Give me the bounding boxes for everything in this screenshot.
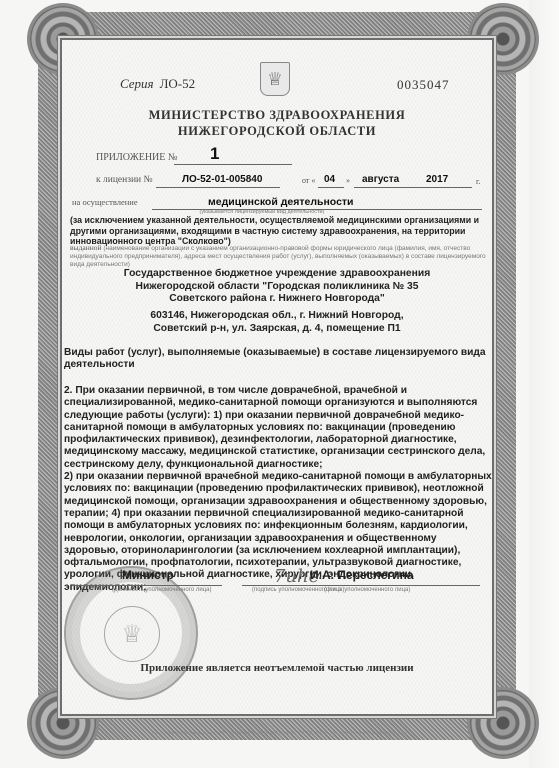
address-line: 603146, Нижегородская обл., г. Нижний Но…: [62, 310, 492, 323]
date-day: 04: [324, 174, 335, 185]
date-year: 2017: [426, 174, 448, 185]
activity-value: медицинской деятельности: [208, 196, 354, 208]
works-list: 2. При оказании первичной, в том числе д…: [64, 385, 492, 594]
activity-label: на осуществление: [72, 197, 138, 207]
organization-line: Советского района г. Нижнего Новгорода": [62, 293, 492, 306]
scanned-page: СерияЛО-52 ♕ 0035047 МИНИСТЕРСТВО ЗДРАВО…: [0, 0, 559, 768]
ministry-title: МИНИСТЕРСТВО ЗДРАВООХРАНЕНИЯ НИЖЕГОРОДСК…: [62, 107, 492, 139]
activity-exclusion: (за исключением указанной деятельности, …: [70, 215, 480, 247]
date-close-quote: »: [346, 176, 350, 185]
works-heading: Виды работ (услуг), выполняемые (оказыва…: [64, 347, 492, 372]
underline: [354, 187, 472, 188]
underline: [72, 585, 222, 586]
address-line: Советский р-н, ул. Заярская, д. 4, помещ…: [62, 323, 492, 336]
date-month: августа: [362, 174, 399, 185]
organization-line: Нижегородской области "Городская поликли…: [62, 281, 492, 294]
date-suffix: г.: [476, 177, 480, 186]
signatory-position: Министр: [122, 568, 174, 582]
scan-margin: [529, 0, 559, 768]
issued-caption-block: выданной (наименование организации с ука…: [70, 244, 488, 269]
stamp-emblem-icon: ♕: [104, 606, 160, 662]
underline: [174, 164, 292, 165]
organization-name: Государственное бюджетное учреждение здр…: [62, 268, 492, 306]
underline: [308, 585, 480, 586]
issued-label: выданной: [70, 243, 102, 252]
blank-number: 0035047: [397, 77, 450, 93]
organization-address: 603146, Нижегородская обл., г. Нижний Но…: [62, 310, 492, 335]
signatory-name-caption: (ф.и.о. уполномоченного лица): [324, 587, 410, 593]
footer-note: Приложение является неотъемлемой частью …: [62, 662, 492, 674]
series-value: ЛО-52: [160, 76, 196, 91]
signatory-name: И.А. Переслегина: [310, 568, 414, 582]
series: СерияЛО-52: [120, 76, 195, 92]
appendix-number: 1: [210, 144, 219, 164]
issued-caption: (наименование организации с указанием ор…: [70, 245, 486, 268]
signatory-position-caption: (должность уполномоченного лица): [112, 587, 211, 593]
appendix-label: ПРИЛОЖЕНИЕ №: [96, 152, 177, 163]
date-from-label: от «: [302, 176, 315, 185]
license-label: к лицензии №: [96, 175, 153, 185]
coat-of-arms-icon: ♕: [260, 62, 290, 96]
ministry-line-2: НИЖЕГОРОДСКОЙ ОБЛАСТИ: [62, 123, 492, 139]
underline: [156, 187, 280, 188]
ministry-line-1: МИНИСТЕРСТВО ЗДРАВООХРАНЕНИЯ: [62, 107, 492, 123]
license-appendix: СерияЛО-52 ♕ 0035047 МИНИСТЕРСТВО ЗДРАВО…: [62, 40, 492, 714]
underline: [318, 187, 344, 188]
printer-info: АО «Опцион», Москва, 2017 г., «Б», Лицен…: [0, 730, 559, 735]
organization-line: Государственное бюджетное учреждение здр…: [62, 268, 492, 281]
series-label: Серия: [120, 76, 154, 91]
license-number: ЛО-52-01-005840: [182, 174, 262, 185]
